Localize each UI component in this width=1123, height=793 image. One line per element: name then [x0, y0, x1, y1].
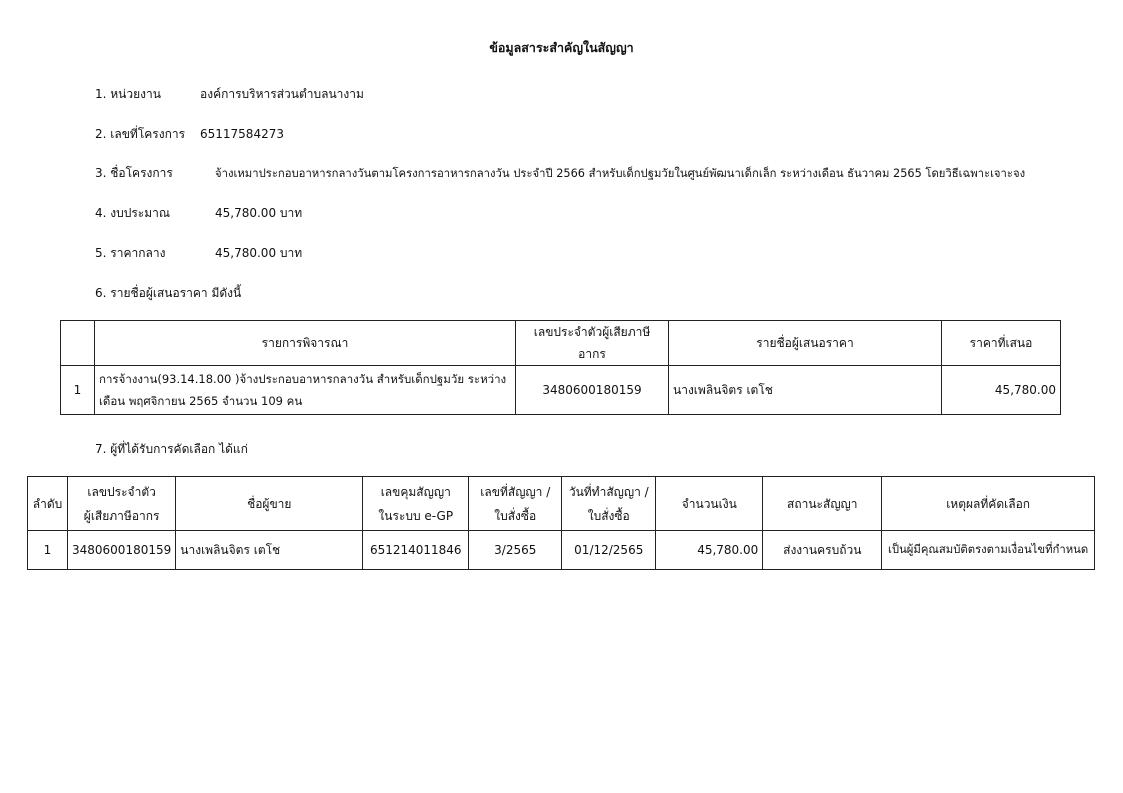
bid-item: การจ้างงาน(93.14.18.00 )จ้างประกอบอาหารก… — [95, 366, 516, 415]
win-col-status-label: สถานะสัญญา — [787, 497, 858, 511]
agency-label: 1. หน่วยงาน — [95, 85, 200, 104]
win-col-reason: เหตุผลที่คัดเลือก — [882, 477, 1095, 531]
win-reason: เป็นผู้มีคุณสมบัติตรงตามเงื่อนไขที่กำหนด — [882, 531, 1095, 570]
win-col-amount: จำนวนเงิน — [656, 477, 763, 531]
win-col-contract-date: วันที่ทำสัญญา / ใบสั่งซื้อ — [562, 477, 656, 531]
project-no-label: 2. เลขที่โครงการ — [95, 125, 200, 144]
win-col-egp-line2: ในระบบ e-GP — [378, 509, 453, 523]
bid-price: 45,780.00 — [942, 366, 1061, 415]
table-row: 1 3480600180159 นางเพลินจิตร เตโช 651214… — [28, 531, 1095, 570]
bids-col-bidder: รายชื่อผู้เสนอราคา — [669, 321, 942, 366]
win-col-contract-no-line1: เลขที่สัญญา / — [480, 485, 550, 499]
agency-value: องค์การบริหารส่วนตำบลนางาม — [200, 85, 364, 104]
info-budget: 4. งบประมาณ45,780.00 บาท — [95, 204, 302, 223]
winners-table: ลำดับ เลขประจำตัว ผู้เสียภาษีอากร ชื่อผู… — [27, 476, 1095, 570]
project-no-value: 65117584273 — [200, 127, 284, 141]
win-col-reason-label: เหตุผลที่คัดเลือก — [946, 497, 1030, 511]
win-egp-no: 651214011846 — [363, 531, 469, 570]
win-col-contract-date-line1: วันที่ทำสัญญา / — [569, 485, 649, 499]
win-tax-id: 3480600180159 — [68, 531, 176, 570]
document-title: ข้อมูลสาระสำคัญในสัญญา — [0, 38, 1123, 58]
bids-col-item: รายการพิจารณา — [95, 321, 516, 366]
win-amount: 45,780.00 — [656, 531, 763, 570]
bids-table: รายการพิจารณา เลขประจำตัวผู้เสียภาษีอากร… — [60, 320, 1061, 415]
winners-header-row: ลำดับ เลขประจำตัว ผู้เสียภาษีอากร ชื่อผู… — [28, 477, 1095, 531]
win-col-status: สถานะสัญญา — [763, 477, 882, 531]
win-col-egp-line1: เลขคุมสัญญา — [381, 485, 451, 499]
win-col-vendor-label: ชื่อผู้ขาย — [247, 497, 291, 511]
bids-col-no — [61, 321, 95, 366]
winners-heading: 7. ผู้ที่ได้รับการคัดเลือก ได้แก่ — [95, 440, 248, 459]
win-col-tax-id-line2: ผู้เสียภาษีอากร — [84, 509, 160, 523]
win-col-vendor: ชื่อผู้ขาย — [176, 477, 363, 531]
win-col-no: ลำดับ — [28, 477, 68, 531]
budget-label: 4. งบประมาณ — [95, 204, 215, 223]
win-col-amount-label: จำนวนเงิน — [682, 497, 737, 511]
win-contract-date: 01/12/2565 — [562, 531, 656, 570]
project-name-label: 3. ชื่อโครงการ — [95, 164, 215, 183]
win-col-contract-date-line2: ใบสั่งซื้อ — [588, 509, 630, 523]
bids-col-tax-id: เลขประจำตัวผู้เสียภาษีอากร — [516, 321, 669, 366]
win-vendor: นางเพลินจิตร เตโช — [176, 531, 363, 570]
win-col-contract-no: เลขที่สัญญา / ใบสั่งซื้อ — [469, 477, 562, 531]
win-contract-no: 3/2565 — [469, 531, 562, 570]
bids-col-price: ราคาที่เสนอ — [942, 321, 1061, 366]
win-col-tax-id-line1: เลขประจำตัว — [87, 485, 155, 499]
win-col-tax-id: เลขประจำตัว ผู้เสียภาษีอากร — [68, 477, 176, 531]
bid-tax-id: 3480600180159 — [516, 366, 669, 415]
budget-value: 45,780.00 บาท — [215, 204, 302, 223]
bid-bidder: นางเพลินจิตร เตโช — [669, 366, 942, 415]
win-no: 1 — [28, 531, 68, 570]
win-col-egp: เลขคุมสัญญา ในระบบ e-GP — [363, 477, 469, 531]
info-agency: 1. หน่วยงานองค์การบริหารส่วนตำบลนางาม — [95, 85, 364, 104]
median-price-label: 5. ราคากลาง — [95, 244, 215, 263]
median-price-value: 45,780.00 บาท — [215, 244, 302, 263]
bid-no: 1 — [61, 366, 95, 415]
project-name-value: จ้างเหมาประกอบอาหารกลางวันตามโครงการอาหา… — [215, 164, 1025, 182]
win-col-no-label: ลำดับ — [33, 497, 63, 511]
win-status: ส่งงานครบถ้วน — [763, 531, 882, 570]
bids-heading: 6. รายชื่อผู้เสนอราคา มีดังนี้ — [95, 284, 241, 303]
info-median-price: 5. ราคากลาง45,780.00 บาท — [95, 244, 302, 263]
win-col-contract-no-line2: ใบสั่งซื้อ — [494, 509, 536, 523]
bids-header-row: รายการพิจารณา เลขประจำตัวผู้เสียภาษีอากร… — [61, 321, 1061, 366]
info-project-name: 3. ชื่อโครงการจ้างเหมาประกอบอาหารกลางวัน… — [95, 164, 1025, 183]
table-row: 1 การจ้างงาน(93.14.18.00 )จ้างประกอบอาหา… — [61, 366, 1061, 415]
info-project-no: 2. เลขที่โครงการ65117584273 — [95, 125, 284, 144]
